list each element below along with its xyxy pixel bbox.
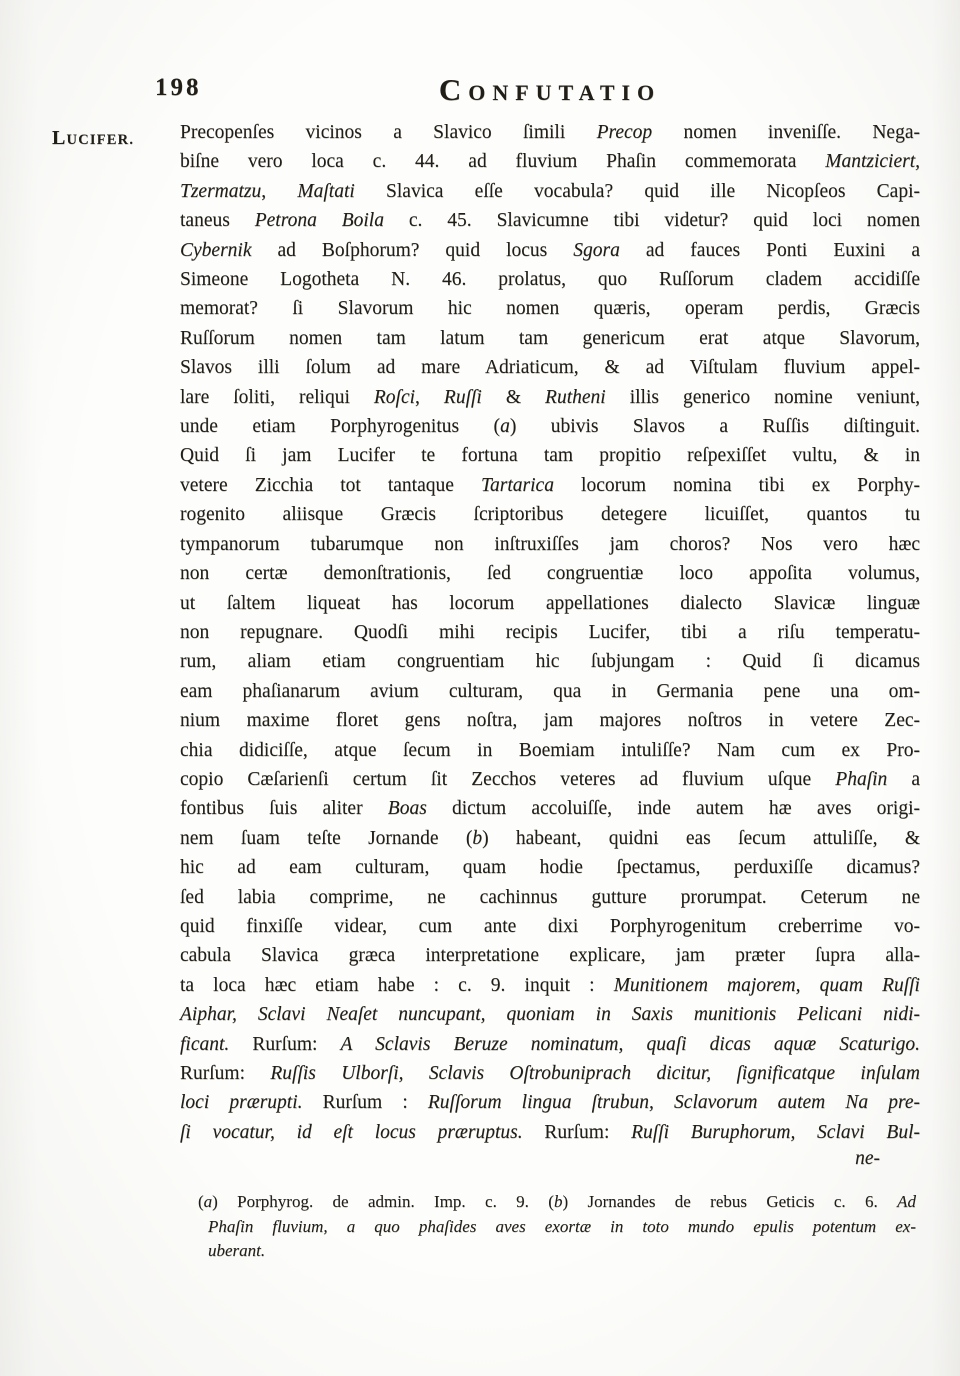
text-segment: Simeone Logotheta N. 46. prolatus, quo R… <box>180 269 920 290</box>
text-segment: eam phaſianarum avium culturam, qua in G… <box>180 681 920 702</box>
text-segment: memorat? ſi Slavorum hic nomen quæris, o… <box>180 298 920 319</box>
text-line: uberant. <box>198 1239 916 1264</box>
italic-text-segment: Aiphar, Sclavi Neaſet nuncupant, quoniam… <box>180 1004 920 1025</box>
text-line: eam phaſianarum avium culturam, qua in G… <box>180 677 920 706</box>
text-line: rogenito aliisque Græcis ſcriptoribus de… <box>180 500 920 529</box>
italic-text-segment: Cybernik <box>180 240 251 261</box>
text-segment: nem ſuam teſte Jornande ( <box>180 828 472 849</box>
text-segment: illis generico nomine veniunt, <box>606 387 920 408</box>
text-line: chia didiciſſe, atque ſecum in Boemiam i… <box>180 736 920 765</box>
text-segment: ad Boſphorum? quid locus <box>251 240 573 261</box>
text-segment: Slavica eſſe vocabula? quid ille Nicopſe… <box>355 181 920 202</box>
text-line: vetere Zicchia tot tantaque Tartarica lo… <box>180 471 920 500</box>
italic-text-segment: Maſtati <box>297 181 354 202</box>
text-segment: ſed labia comprime, ne cachinnus gutture… <box>180 887 920 908</box>
italic-text-segment: Mantziciert, <box>825 151 920 172</box>
italic-text-segment: b <box>472 828 482 849</box>
text-segment: ta loca hæc etiam habe : c. 9. inquit : <box>180 975 614 996</box>
text-segment: hic ad eam culturam, quam hodie ſpectamu… <box>180 857 920 878</box>
italic-text-segment: Rutheni <box>545 387 606 408</box>
text-line: Quid ſi jam Lucifer te fortuna tam propi… <box>180 441 920 470</box>
text-segment: ) Jornandes de rebus Geticis c. 6. <box>562 1192 897 1211</box>
text-segment: Precopenſes vicinos a Slavico ſimili <box>180 122 597 143</box>
text-line: lare ſoliti, reliqui Roſci, Ruſſi & Ruth… <box>180 383 920 412</box>
text-line: ut ſaltem liqueat has locorum appellatio… <box>180 589 920 618</box>
italic-text-segment: Sgora <box>573 240 620 261</box>
italic-text-segment: A Sclavis Beruze nominatum, quaſi dicas … <box>341 1034 920 1055</box>
italic-text-segment: Phaſin <box>835 769 887 790</box>
text-line: Phaſin fluvium, a quo phaſides aves exor… <box>198 1215 916 1240</box>
italic-text-segment: Petrona Boila <box>255 210 384 231</box>
text-segment: ) habeant, quidni eas ſecum attuliſſe, & <box>482 828 920 849</box>
text-segment: Ruſſorum nomen tam latum tam genericum e… <box>180 328 920 349</box>
scanned-book-page: { "page": { "number": "198", "header": "… <box>0 0 960 1376</box>
italic-text-segment: uberant. <box>208 1241 265 1260</box>
italic-text-segment: loci prærupti. <box>180 1092 303 1113</box>
italic-text-segment: Munitionem majorem, quam Ruſſi <box>614 975 920 996</box>
text-line: ficant. Rurſum: A Sclavis Beruze nominat… <box>180 1030 920 1059</box>
text-line: tympanorum tubarumque non inſtruxiſſes j… <box>180 530 920 559</box>
text-line: quid finxiſſe videar, cum ante dixi Porp… <box>180 912 920 941</box>
text-line: rum, aliam etiam congruentiam hic ſubjun… <box>180 647 920 676</box>
text-line: non repugnare. Quodſi mihi recipis Lucif… <box>180 618 920 647</box>
text-segment: c. 45. Slavicumne tibi videtur? quid loc… <box>384 210 920 231</box>
text-segment: Rurſum: <box>523 1122 631 1143</box>
text-segment: unde etiam Porphyrogenitus ( <box>180 416 500 437</box>
text-line: (a) Porphyrog. de admin. Imp. c. 9. (b) … <box>198 1190 916 1215</box>
text-segment: non certæ demonſtrationis, ſed congruent… <box>180 563 920 584</box>
text-segment: Slavos illi ſolum ad mare Adriaticum, & … <box>180 357 920 378</box>
italic-text-segment: Tartarica <box>481 475 554 496</box>
text-segment: nomen inveniſſe. Nega- <box>652 122 920 143</box>
text-line: Simeone Logotheta N. 46. prolatus, quo R… <box>180 265 920 294</box>
catchword: ne- <box>180 1148 880 1170</box>
running-header: CONFUTATIO <box>180 72 920 108</box>
text-line: hic ad eam culturam, quam hodie ſpectamu… <box>180 853 920 882</box>
text-segment: fontibus ſuis aliter <box>180 798 388 819</box>
text-segment: lare ſoliti, reliqui <box>180 387 374 408</box>
text-line: Precopenſes vicinos a Slavico ſimili Pre… <box>180 118 920 147</box>
text-line: biſne vero loca c. 44. ad fluvium Phaſin… <box>180 147 920 176</box>
text-segment: ) ubivis Slavos a Ruſſis diſtinguit. <box>510 416 920 437</box>
text-line: memorat? ſi Slavorum hic nomen quæris, o… <box>180 294 920 323</box>
running-header-title: CONFUTATIO <box>439 72 661 108</box>
italic-text-segment: Precop <box>597 122 653 143</box>
italic-text-segment: a <box>500 416 510 437</box>
italic-text-segment: Ruſſi Buruphorum, Sclavi Bul- <box>631 1122 920 1143</box>
text-line: Cybernik ad Boſphorum? quid locus Sgora … <box>180 236 920 265</box>
italic-text-segment: Boas <box>388 798 427 819</box>
text-line: ſi vocatur, id eſt locus præruptus. Rurſ… <box>180 1118 920 1147</box>
text-segment: Quid ſi jam Lucifer te fortuna tam propi… <box>180 445 920 466</box>
footnote-block: (a) Porphyrog. de admin. Imp. c. 9. (b) … <box>198 1190 916 1264</box>
text-line: ta loca hæc etiam habe : c. 9. inquit : … <box>180 971 920 1000</box>
text-segment: rum, aliam etiam congruentiam hic ſubjun… <box>180 651 920 672</box>
italic-text-segment: Tzermatzu <box>180 181 261 202</box>
text-line: loci prærupti. Rurſum : Ruſſorum lingua … <box>180 1088 920 1117</box>
text-segment: cabula Slavica græca interpretatione exp… <box>180 945 920 966</box>
text-segment: & <box>482 387 545 408</box>
text-segment: taneus <box>180 210 255 231</box>
text-segment: ut ſaltem liqueat has locorum appellatio… <box>180 593 920 614</box>
text-segment: chia didiciſſe, atque ſecum in Boemiam i… <box>180 740 920 761</box>
text-line: Tzermatzu, Maſtati Slavica eſſe vocabula… <box>180 177 920 206</box>
text-segment: rogenito aliisque Græcis ſcriptoribus de… <box>180 504 920 525</box>
text-line: nium maxime floret gens noſtra, jam majo… <box>180 706 920 735</box>
text-segment: biſne vero loca c. 44. ad fluvium Phaſin… <box>180 151 825 172</box>
italic-text-segment: Ruſſi <box>444 387 482 408</box>
italic-text-segment: Ruſſis Ulborſi, Sclavis Oſtrobuniprach d… <box>270 1063 920 1084</box>
italic-text-segment: ficant. <box>180 1034 229 1055</box>
italic-text-segment: Ad <box>897 1192 916 1211</box>
text-line: nem ſuam teſte Jornande (b) habeant, qui… <box>180 824 920 853</box>
italic-text-segment: a <box>204 1192 213 1211</box>
text-line: non certæ demonſtrationis, ſed congruent… <box>180 559 920 588</box>
text-segment: Rurſum : <box>303 1092 428 1113</box>
body-text-block: Precopenſes vicinos a Slavico ſimili Pre… <box>180 118 920 1147</box>
text-line: copio Cæſarienſi certum ſit Zecchos vete… <box>180 765 920 794</box>
text-line: Slavos illi ſolum ad mare Adriaticum, & … <box>180 353 920 382</box>
text-line: Rurſum: Ruſſis Ulborſi, Sclavis Oſtrobun… <box>180 1059 920 1088</box>
text-segment: dictum accoluiſſe, inde autem hæ aves or… <box>427 798 920 819</box>
text-segment: a <box>887 769 920 790</box>
text-segment: quid finxiſſe videar, cum ante dixi Porp… <box>180 916 920 937</box>
text-line: Aiphar, Sclavi Neaſet nuncupant, quoniam… <box>180 1000 920 1029</box>
margin-note-speaker: LUCIFER. <box>52 127 178 150</box>
text-segment: non repugnare. Quodſi mihi recipis Lucif… <box>180 622 920 643</box>
italic-text-segment: Ruſſorum lingua ſtrubun, Sclavorum autem… <box>428 1092 920 1113</box>
text-segment: nium maxime floret gens noſtra, jam majo… <box>180 710 920 731</box>
italic-text-segment: ſi vocatur, id eſt locus præruptus. <box>180 1122 523 1143</box>
text-line: unde etiam Porphyrogenitus (a) ubivis Sl… <box>180 412 920 441</box>
italic-text-segment: Roſci <box>374 387 415 408</box>
text-segment: copio Cæſarienſi certum ſit Zecchos vete… <box>180 769 835 790</box>
text-line: taneus Petrona Boila c. 45. Slavicumne t… <box>180 206 920 235</box>
text-segment: Rurſum: <box>229 1034 340 1055</box>
text-segment: ad fauces Ponti Euxini a <box>620 240 920 261</box>
text-line: fontibus ſuis aliter Boas dictum accolui… <box>180 794 920 823</box>
text-line: ſed labia comprime, ne cachinnus gutture… <box>180 883 920 912</box>
text-segment: Rurſum: <box>180 1063 270 1084</box>
text-segment: , <box>261 181 297 202</box>
italic-text-segment: Phaſin fluvium, a quo phaſides aves exor… <box>208 1217 916 1236</box>
text-segment: locorum nomina tibi ex Porphy- <box>554 475 920 496</box>
text-segment: vetere Zicchia tot tantaque <box>180 475 481 496</box>
text-line: cabula Slavica græca interpretatione exp… <box>180 941 920 970</box>
text-line: Ruſſorum nomen tam latum tam genericum e… <box>180 324 920 353</box>
text-segment: tympanorum tubarumque non inſtruxiſſes j… <box>180 534 920 555</box>
text-segment: , <box>415 387 444 408</box>
text-segment: ) Porphyrog. de admin. Imp. c. 9. ( <box>212 1192 554 1211</box>
